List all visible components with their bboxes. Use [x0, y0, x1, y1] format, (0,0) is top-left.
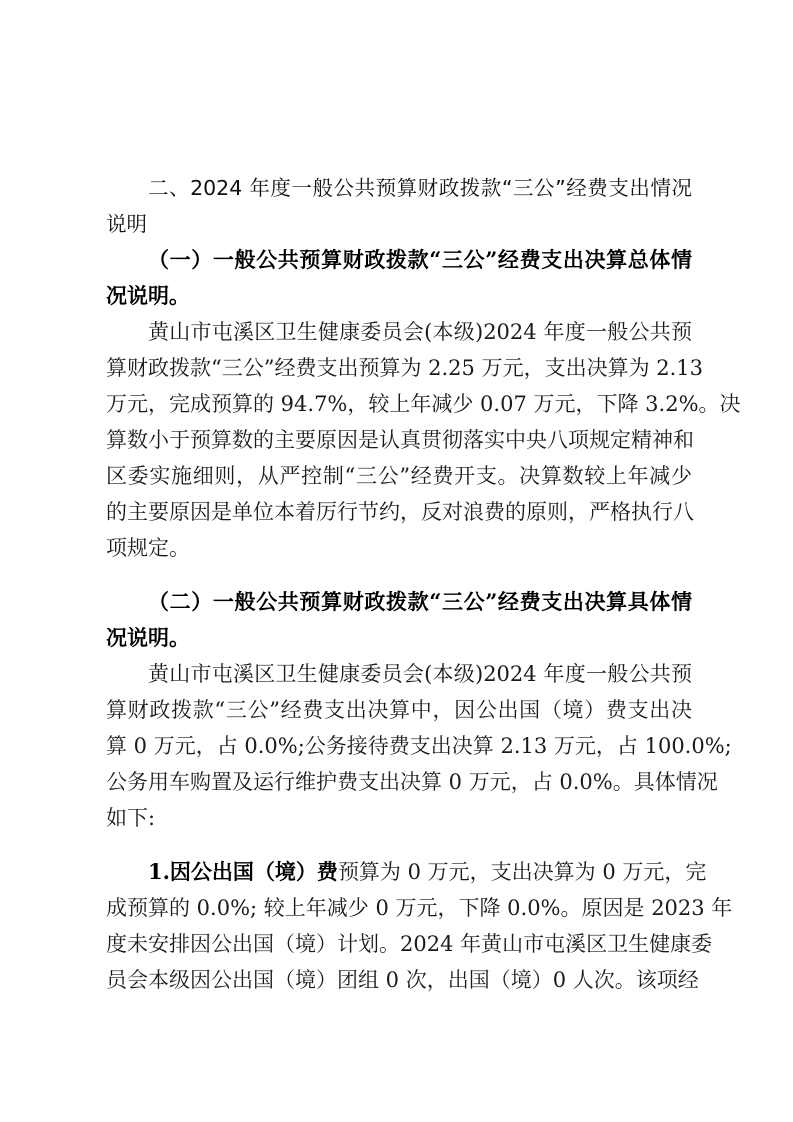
subsection-1-title-line-1: （一）一般公共预算财政拨款“三公”经费支出决算总体情 [148, 242, 692, 278]
item-1-label: 1.因公出国（境）费 [148, 859, 338, 884]
paragraph-2-line: 算 0 万元，占 0.0%;公务接待费支出决算 2.13 万元，占 100.0%… [106, 728, 692, 764]
section-title-line-1: 二、2024 年度一般公共预算财政拨款“三公”经费支出情况 [148, 170, 692, 206]
item-1-line: 成预算的 0.0%; 较上年减少 0 万元，下降 0.0%。原因是 2023 年 [106, 890, 692, 926]
paragraph-1-line: 算数小于预算数的主要原因是认真贯彻落实中央八项规定精神和 [106, 422, 692, 458]
subsection-2-title-line-2: 况说明。 [106, 620, 692, 656]
paragraph-2-line: 如下: [106, 800, 692, 836]
paragraph-1-line: 算财政拨款“三公”经费支出预算为 2.25 万元，支出决算为 2.13 [106, 350, 692, 386]
section-title-line-2: 说明 [106, 206, 692, 242]
subsection-2-title-line-1: （二）一般公共预算财政拨款“三公”经费支出决算具体情 [148, 584, 692, 620]
item-1-line: 度未安排因公出国（境）计划。2024 年黄山市屯溪区卫生健康委 [106, 926, 692, 962]
paragraph-2-line: 黄山市屯溪区卫生健康委员会(本级)2024 年度一般公共预 [148, 656, 692, 692]
item-1-line: 员会本级因公出国（境）团组 0 次，出国（境）0 人次。该项经 [106, 962, 692, 998]
item-1-first-line: 1.因公出国（境）费预算为 0 万元，支出决算为 0 万元，完 [148, 854, 692, 890]
paragraph-2-line: 公务用车购置及运行维护费支出决算 0 万元，占 0.0%。具体情况 [106, 764, 692, 800]
paragraph-1-line: 区委实施细则，从严控制“三公”经费开支。决算数较上年减少 [106, 458, 692, 494]
paragraph-2-line: 算财政拨款“三公”经费支出决算中，因公出国（境）费支出决 [106, 692, 692, 728]
document-page: 二、2024 年度一般公共预算财政拨款“三公”经费支出情况 说明 （一）一般公共… [0, 0, 793, 1122]
subsection-1-title-line-2: 况说明。 [106, 278, 692, 314]
paragraph-1-line: 黄山市屯溪区卫生健康委员会(本级)2024 年度一般公共预 [148, 314, 692, 350]
paragraph-1-line: 的主要原因是单位本着厉行节约，反对浪费的原则，严格执行八 [106, 494, 692, 530]
paragraph-1-line: 万元，完成预算的 94.7%，较上年减少 0.07 万元，下降 3.2%。决 [106, 386, 692, 422]
paragraph-1-line: 项规定。 [106, 530, 692, 566]
item-1-text: 预算为 0 万元，支出决算为 0 万元，完 [338, 860, 706, 884]
